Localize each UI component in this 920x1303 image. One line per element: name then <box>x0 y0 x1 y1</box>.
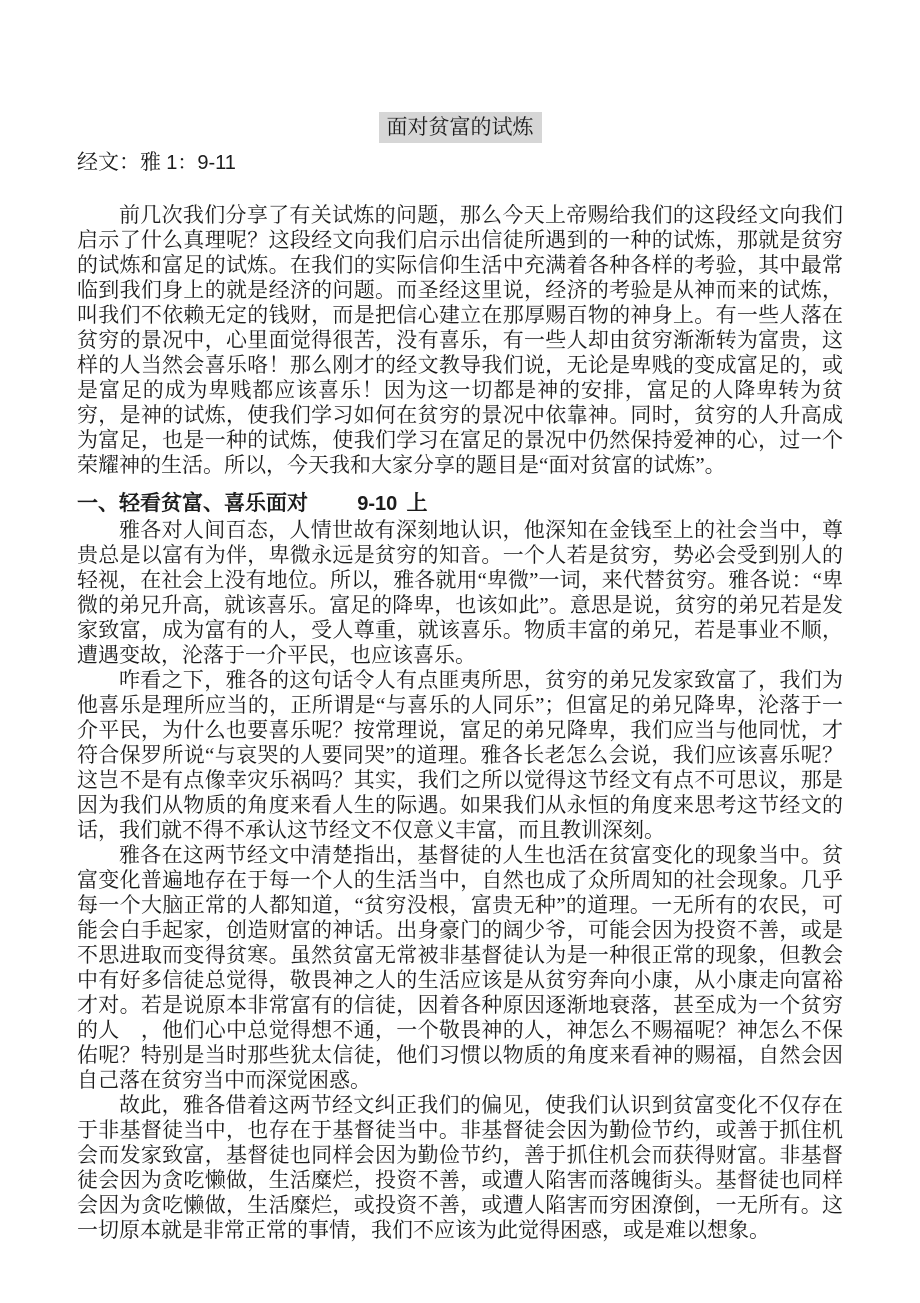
document-page: 面对贫富的试炼 经文：雅 1：9-11 前几次我们分享了有关试炼的问题，那么今天… <box>0 0 920 1303</box>
section-1-verse-range-suffix: 上 <box>407 491 428 515</box>
body-paragraph-1: 雅各对人间百态，人情世故有深刻地认识，他深知在金钱至上的社会当中，尊贵总是以富有… <box>77 518 843 668</box>
section-1-heading: 一、轻看贫富、喜乐面对 9-10 上 <box>77 491 843 517</box>
intro-paragraph: 前几次我们分享了有关试炼的问题，那么今天上帝赐给我们的这段经文向我们启示了什么真… <box>77 203 843 478</box>
body-paragraph-3: 雅各在这两节经文中清楚指出，基督徒的人生也活在贫富变化的现象当中。贫富变化普遍地… <box>77 843 843 1093</box>
scripture-verse-numbers: 1：9-11 <box>166 152 236 174</box>
document-title: 面对贫富的试炼 <box>379 112 542 143</box>
section-1-heading-text: 一、轻看贫富、喜乐面对 <box>77 491 308 515</box>
title-row: 面对贫富的试炼 <box>77 112 843 143</box>
section-1-verse-range: 9-10 <box>357 493 397 515</box>
scripture-label: 经文：雅 <box>77 150 161 174</box>
body-paragraph-2: 咋看之下，雅各的这句话令人有点匪夷所思，贫穷的弟兄发家致富了，我们为他喜乐是理所… <box>77 668 843 843</box>
scripture-reference: 经文：雅 1：9-11 <box>77 150 843 176</box>
body-paragraph-4: 故此，雅各借着这两节经文纠正我们的偏见，使我们认识到贫富变化不仅存在于非基督徒当… <box>77 1093 843 1243</box>
